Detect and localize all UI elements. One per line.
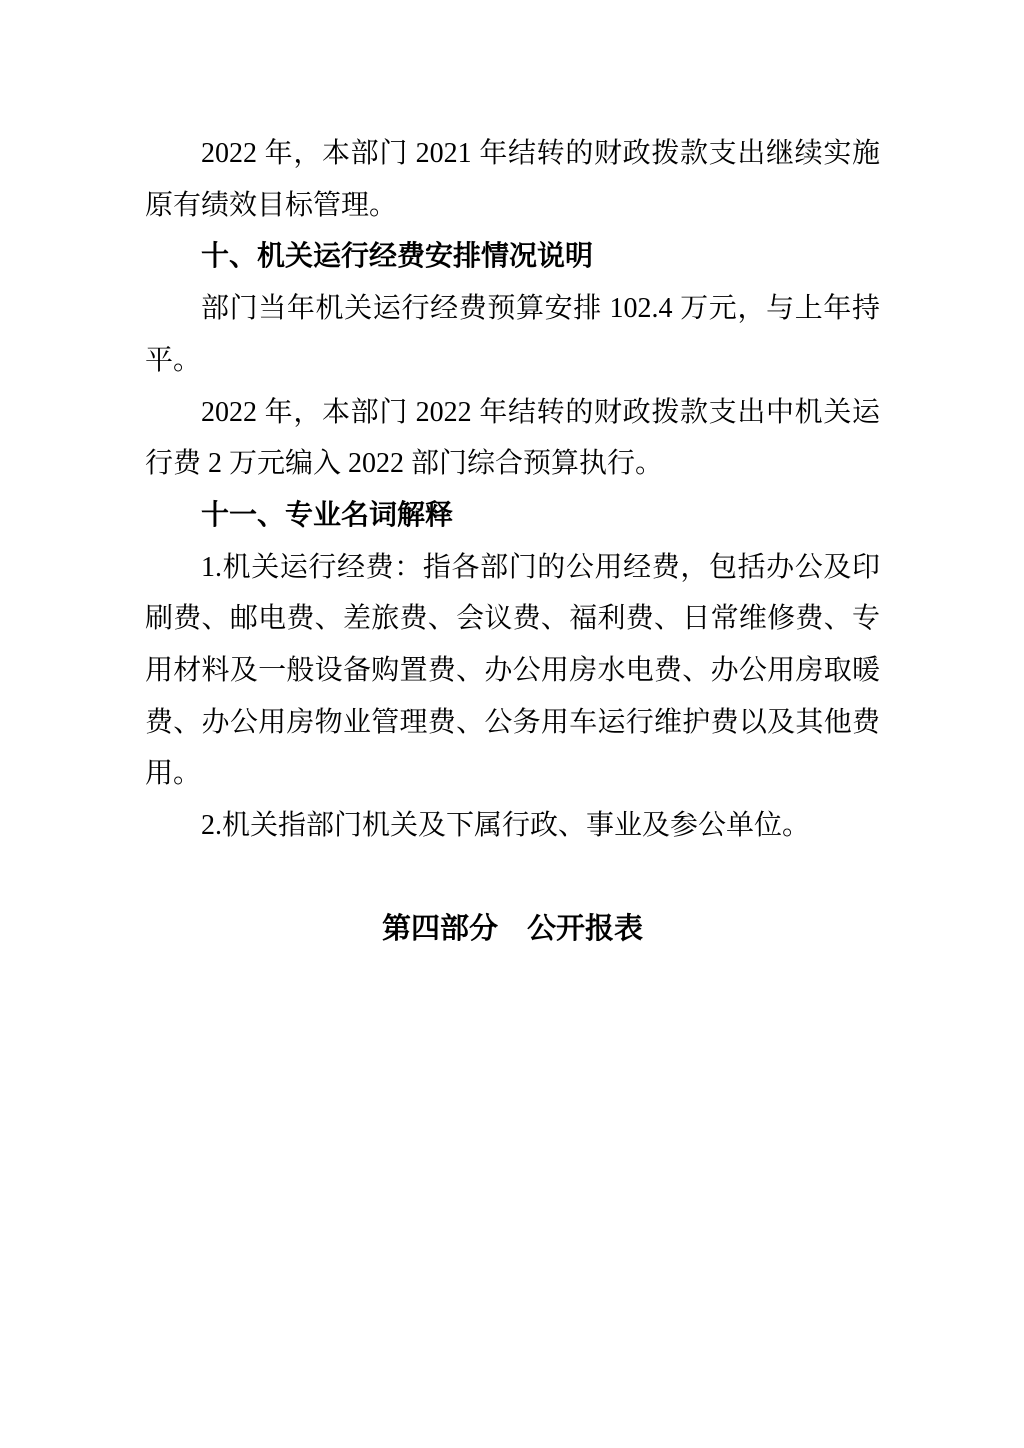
paragraph-carryover-2021-performance: 2022 年，本部门 2021 年结转的财政拨款支出继续实施原有绩效目标管理。: [145, 128, 880, 231]
paragraph-carryover-2022-operating-fee: 2022 年，本部门 2022 年结转的财政拨款支出中机关运行费 2 万元编入 …: [145, 387, 880, 490]
paragraph-term-2-agency-definition: 2.机关指部门机关及下属行政、事业及参公单位。: [145, 800, 880, 852]
heading-section-11-terminology: 十一、专业名词解释: [145, 490, 880, 542]
part-4-title-public-reports: 第四部分 公开报表: [145, 904, 880, 956]
document-content: 2022 年，本部门 2021 年结转的财政拨款支出继续实施原有绩效目标管理。 …: [145, 128, 880, 955]
paragraph-operating-budget-amount: 部门当年机关运行经费预算安排 102.4 万元，与上年持平。: [145, 283, 880, 386]
paragraph-term-1-operating-funds-definition: 1.机关运行经费：指各部门的公用经费，包括办公及印刷费、邮电费、差旅费、会议费、…: [145, 542, 880, 801]
heading-section-10-operating-funds: 十、机关运行经费安排情况说明: [145, 231, 880, 283]
document-page: 2022 年，本部门 2021 年结转的财政拨款支出继续实施原有绩效目标管理。 …: [0, 0, 1024, 1448]
